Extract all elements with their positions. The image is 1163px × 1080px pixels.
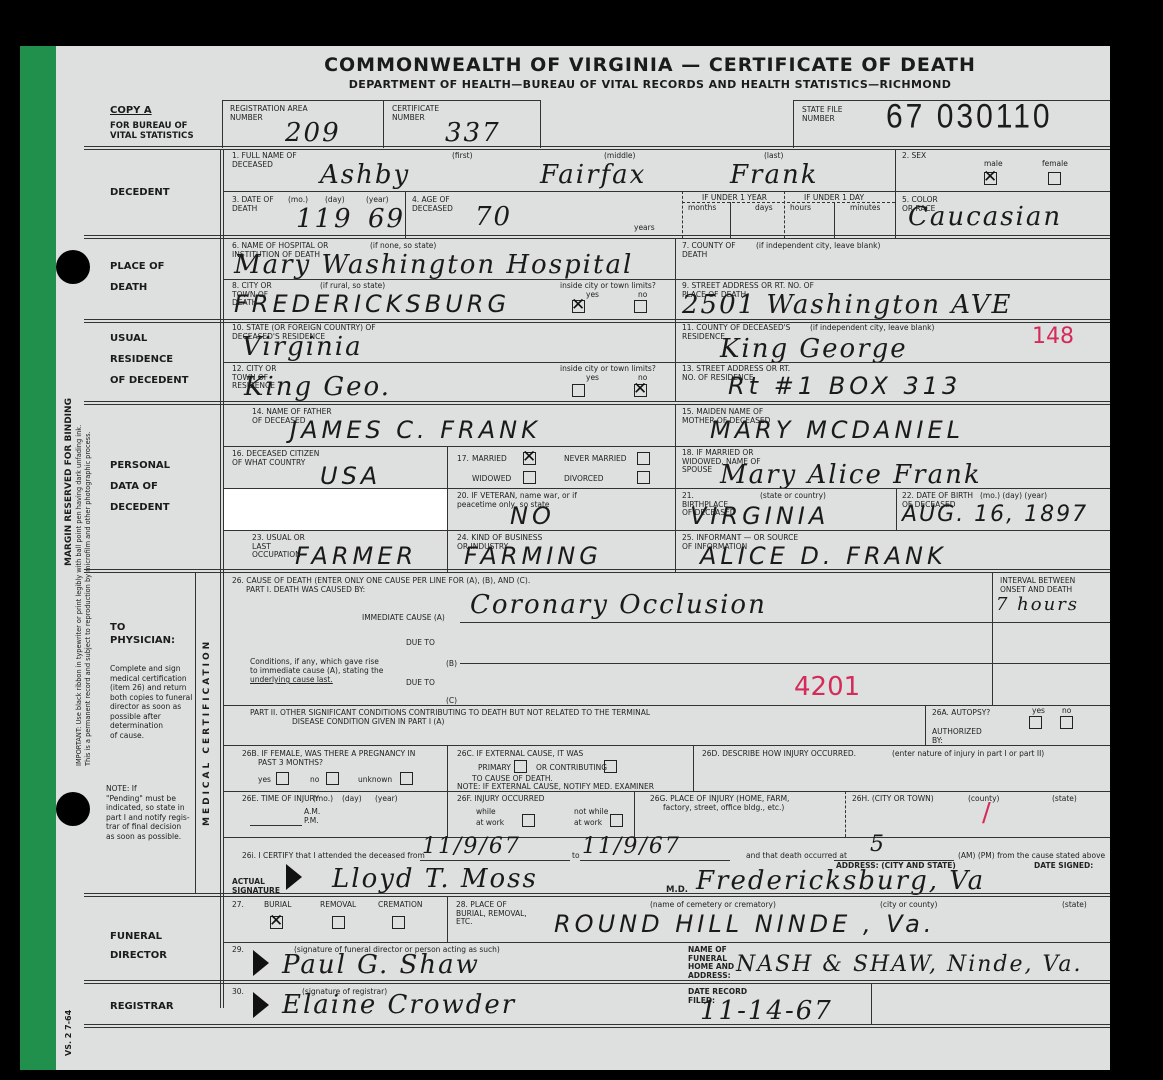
age-value: 70 <box>475 202 512 232</box>
married-label: MARRIED <box>472 455 507 464</box>
date-of-death-label: 3. DATE OF DEATH <box>232 196 282 213</box>
spouse-value: Mary Alice Frank <box>720 460 982 490</box>
page-subtitle: DEPARTMENT OF HEALTH—BUREAU OF VITAL REC… <box>20 78 1110 91</box>
time-injury-label: 26e. TIME OF INJURY <box>242 795 319 804</box>
at-work-label: at work <box>476 819 504 828</box>
pregnancy-unknown[interactable] <box>400 772 413 785</box>
removal-checkbox[interactable] <box>332 916 345 929</box>
red-tick-mark: / <box>982 798 991 828</box>
binding-margin-stripe <box>20 46 56 1070</box>
county-code: 148 <box>1032 324 1074 349</box>
section-decedent-2: DECEDENT <box>110 497 170 518</box>
interval-value: 7 hours <box>996 594 1079 615</box>
pending-note: NOTE: If"Pending" must beindicated, so s… <box>106 784 190 841</box>
interval-label: INTERVAL BETWEEN ONSET AND DEATH <box>1000 577 1090 594</box>
part2b-label: DISEASE CONDITION GIVEN IN PART I (A) <box>292 718 444 727</box>
margin-binding-text: MARGIN RESERVED FOR BINDING <box>64 398 74 566</box>
section-usual: USUAL <box>110 328 147 349</box>
certificate-label: CERTIFICATE NUMBER <box>392 105 452 122</box>
due-to-b: DUE TO <box>406 639 435 648</box>
year-header: (year) <box>375 795 398 804</box>
citizen-label: 16. DECEASED CITIZEN OF WHAT COUNTRY <box>232 450 322 467</box>
county-death-label: 7. COUNTY OF DEATH <box>682 242 742 259</box>
yes-label: yes <box>258 776 271 785</box>
sex-label: 2. SEX <box>902 152 926 161</box>
redacted-region <box>224 489 447 531</box>
mo-header: (mo.) <box>313 795 333 804</box>
injury-describe-label: 26d. DESCRIBE HOW INJURY OCCURRED. <box>702 750 856 759</box>
physician-note: Complete and signmedical certification(i… <box>110 664 192 740</box>
signature-arrow-icon <box>286 864 302 890</box>
section-death: DEATH <box>110 277 147 298</box>
age-label: 4. AGE OF DECEASED <box>412 196 467 213</box>
autopsy-label: 26a. AUTOPSY? <box>932 709 990 718</box>
section-place-of: PLACE OF <box>110 256 164 277</box>
cemetery-note: (name of cemetery or crematory) <box>650 901 776 910</box>
due-to-c: DUE TO <box>406 679 435 688</box>
copy-label: COPY A <box>110 100 152 121</box>
primary-label: PRIMARY <box>478 764 511 773</box>
section-registrar: REGISTRAR <box>110 996 174 1017</box>
res-inside-limits-no[interactable] <box>634 384 647 397</box>
under-year-header: IF UNDER 1 YEAR <box>702 194 767 203</box>
not-while-at-work-checkbox[interactable] <box>610 814 623 827</box>
hospital-value: Mary Washington Hospital <box>234 250 633 280</box>
punch-hole <box>56 250 90 284</box>
injury-city-label: 26h. (city or town) <box>852 795 934 804</box>
while-label: while <box>476 808 496 817</box>
attended-to: 11/9/67 <box>582 834 681 859</box>
no-label: no <box>310 776 319 785</box>
authorized-label: AUTHORIZED BY: <box>932 728 987 745</box>
cause-a-value: Coronary Occlusion <box>470 590 767 620</box>
county-res-note: (if independent city, leave blank) <box>810 324 934 333</box>
immediate-cause-label: IMMEDIATE CAUSE (A) <box>362 614 445 623</box>
death-day: 9 <box>334 204 353 234</box>
copy-for-2: VITAL STATISTICS <box>110 132 194 142</box>
death-inside-limits-yes[interactable] <box>572 300 585 313</box>
male-checkbox[interactable] <box>984 172 997 185</box>
funeral-home-label: NAME OF FUNERAL HOME AND ADDRESS: <box>688 946 743 980</box>
burial-place-value: ROUND HILL NINDE , Va. <box>554 910 935 938</box>
state-file-label: STATE FILE NUMBER <box>802 106 852 123</box>
primary-checkbox[interactable] <box>514 760 527 773</box>
not-while-label: not while <box>574 808 608 817</box>
section-personal: PERSONAL <box>110 455 170 476</box>
street-death-value: 2501 Washington AVE <box>682 290 1013 320</box>
ampm-label: (AM) (PM) from the cause stated above <box>958 852 1105 861</box>
certificate-number: 337 <box>445 118 501 148</box>
divorced-label: DIVORCED <box>564 475 603 484</box>
registration-area-number: 209 <box>285 118 341 148</box>
contributing-label: or CONTRIBUTING <box>536 764 607 773</box>
dob-note: (mo.) (day) (year) <box>980 492 1047 501</box>
section-decedent: DECEDENT <box>110 182 170 203</box>
days-header: days <box>755 204 773 213</box>
signature-arrow-icon <box>253 992 269 1018</box>
middle-name: Fairfax <box>540 160 646 190</box>
divorced-checkbox[interactable] <box>637 471 650 484</box>
first-header: (first) <box>452 152 473 161</box>
birthplace-value: VIRGINIA <box>690 502 829 530</box>
occupation-value: FARMER <box>295 542 417 570</box>
external-cause-label: 26c. IF EXTERNAL CAUSE, IT WAS <box>457 750 583 759</box>
date-filed-value: 11-14-67 <box>700 996 833 1026</box>
autopsy-no[interactable] <box>1060 716 1073 729</box>
death-certificate: MARGIN RESERVED FOR BINDING IMPORTANT: U… <box>20 46 1110 1070</box>
street-res-value: Rt #1 BOX 313 <box>728 372 961 400</box>
industry-value: FARMING <box>464 542 602 570</box>
never-married-checkbox[interactable] <box>637 452 650 465</box>
cremation-label: CREMATION <box>378 901 423 910</box>
county-res-value: King George <box>720 334 908 364</box>
no-label: no <box>1062 707 1071 716</box>
funeral-sig-number: 29. <box>232 946 244 955</box>
widowed-label: WIDOWED <box>472 475 511 484</box>
signature-arrow-icon <box>253 950 269 976</box>
attended-from: 11/9/67 <box>422 834 521 859</box>
at-work-label: at work <box>574 819 602 828</box>
hours-header: hours <box>790 204 811 213</box>
death-year: 69 <box>368 204 405 234</box>
full-name-label: 1. FULL NAME OF DECEASED <box>232 152 312 169</box>
place-injury-label-2: factory, street, office bldg., etc.) <box>663 804 784 813</box>
months-header: months <box>688 204 716 213</box>
last-name: Frank <box>730 160 818 190</box>
margin-important-text-2: This is a permanent record and subject t… <box>84 431 92 766</box>
cause-code: 4201 <box>794 672 860 702</box>
informant-value: ALICE D. FRANK <box>700 542 947 570</box>
yes-label: yes <box>586 374 599 383</box>
burial-checkbox[interactable] <box>270 916 283 929</box>
first-name: Ashby <box>320 160 410 190</box>
widowed-checkbox[interactable] <box>523 471 536 484</box>
death-inside-limits-no[interactable] <box>634 300 647 313</box>
mother-value: MARY MCDANIEL <box>710 416 964 444</box>
years-label: years <box>634 224 655 233</box>
female-label: female <box>1042 160 1068 169</box>
pregnancy-label-2: PAST 3 MONTHS? <box>258 759 323 768</box>
page-title: COMMONWEALTH OF VIRGINIA — CERTIFICATE O… <box>20 54 1110 76</box>
res-inside-limits-yes[interactable] <box>572 384 585 397</box>
state-file-number: 67 030110 <box>886 97 1053 136</box>
city-county-header: (city or county) <box>880 901 937 910</box>
day-header: (day) <box>342 795 362 804</box>
section-physician: PHYSICIAN: <box>110 634 175 647</box>
state-res-value: Virginia <box>242 332 363 362</box>
margin-important-text: IMPORTANT: Use black ribbon in typewrite… <box>75 425 83 766</box>
death-occurred-label: and that death occurred at <box>746 852 847 861</box>
female-checkbox[interactable] <box>1048 172 1061 185</box>
section-of-decedent: OF DECEDENT <box>110 370 188 391</box>
citizen-value: USA <box>320 462 381 490</box>
autopsy-yes[interactable] <box>1029 716 1042 729</box>
birthplace-note: (state or country) <box>760 492 826 501</box>
county-death-note: (if independent city, leave blank) <box>756 242 880 251</box>
registrar-signature: Elaine Crowder <box>282 990 516 1020</box>
section-funeral: FUNERAL <box>110 926 162 947</box>
unknown-label: unknown <box>358 776 392 785</box>
injury-occurred-label: 26f. INJURY OCCURRED <box>457 795 544 804</box>
burial-place-label: 28. PLACE OF BURIAL, REMOVAL, ETC. <box>456 901 531 927</box>
date-signed-label: DATE SIGNED: <box>1034 862 1093 871</box>
removal-label: REMOVAL <box>320 901 356 910</box>
city-death-value: FREDERICKSBURG <box>234 290 510 318</box>
b-label: (B) <box>446 660 457 669</box>
pregnancy-no[interactable] <box>326 772 339 785</box>
burial-label: BURIAL <box>264 901 291 910</box>
father-value: JAMES C. FRANK <box>290 416 541 444</box>
physician-address: Fredericksburg, Va <box>696 866 985 896</box>
funeral-home-value: NASH & SHAW, Ninde, Va. <box>736 952 1083 977</box>
race-value: Caucasian <box>908 202 1062 232</box>
conditions-text: underlying cause last. <box>250 676 333 685</box>
pregnancy-yes[interactable] <box>276 772 289 785</box>
yes-label: yes <box>586 291 599 300</box>
no-label: no <box>638 291 647 300</box>
medical-certification-label: MEDICAL CERTIFICATION <box>202 639 212 826</box>
section-residence: RESIDENCE <box>110 349 173 370</box>
disposition-label: 27. <box>232 901 244 910</box>
while-at-work-checkbox[interactable] <box>522 814 535 827</box>
funeral-director-signature: Paul G. Shaw <box>282 950 480 980</box>
section-director: DIRECTOR <box>110 945 167 966</box>
certify-label: 26i. I CERTIFY that I attended the decea… <box>242 852 425 861</box>
section-data-of: DATA OF <box>110 476 158 497</box>
married-checkbox[interactable] <box>523 452 536 465</box>
punch-hole <box>56 792 90 826</box>
to-label: to <box>572 852 580 861</box>
part1-label: PART I. DEATH WAS CAUSED BY: <box>246 586 365 595</box>
physician-signature: Lloyd T. Moss <box>332 864 538 894</box>
marital-label: 17. <box>457 455 469 464</box>
cremation-checkbox[interactable] <box>392 916 405 929</box>
death-time: 5 <box>870 832 886 857</box>
yes-label: yes <box>1032 707 1045 716</box>
state-header: (state) <box>1052 795 1077 804</box>
minutes-header: minutes <box>850 204 880 213</box>
injury-describe-note: (enter nature of injury in part I or par… <box>892 750 1044 759</box>
death-month: 11 <box>296 204 333 234</box>
section-to: TO <box>110 621 125 634</box>
veteran-value: NO <box>510 502 555 530</box>
city-res-value: King Geo. <box>244 372 391 402</box>
form-number: VS. 2 7-64 <box>64 1010 73 1056</box>
state-header: (state) <box>1062 901 1087 910</box>
contributing-checkbox[interactable] <box>604 760 617 773</box>
pm-label: P.M. <box>304 817 319 826</box>
never-married-label: NEVER MARRIED <box>564 455 627 464</box>
registrar-number: 30. <box>232 988 244 997</box>
dob-value: AUG. 16, 1897 <box>902 502 1088 527</box>
